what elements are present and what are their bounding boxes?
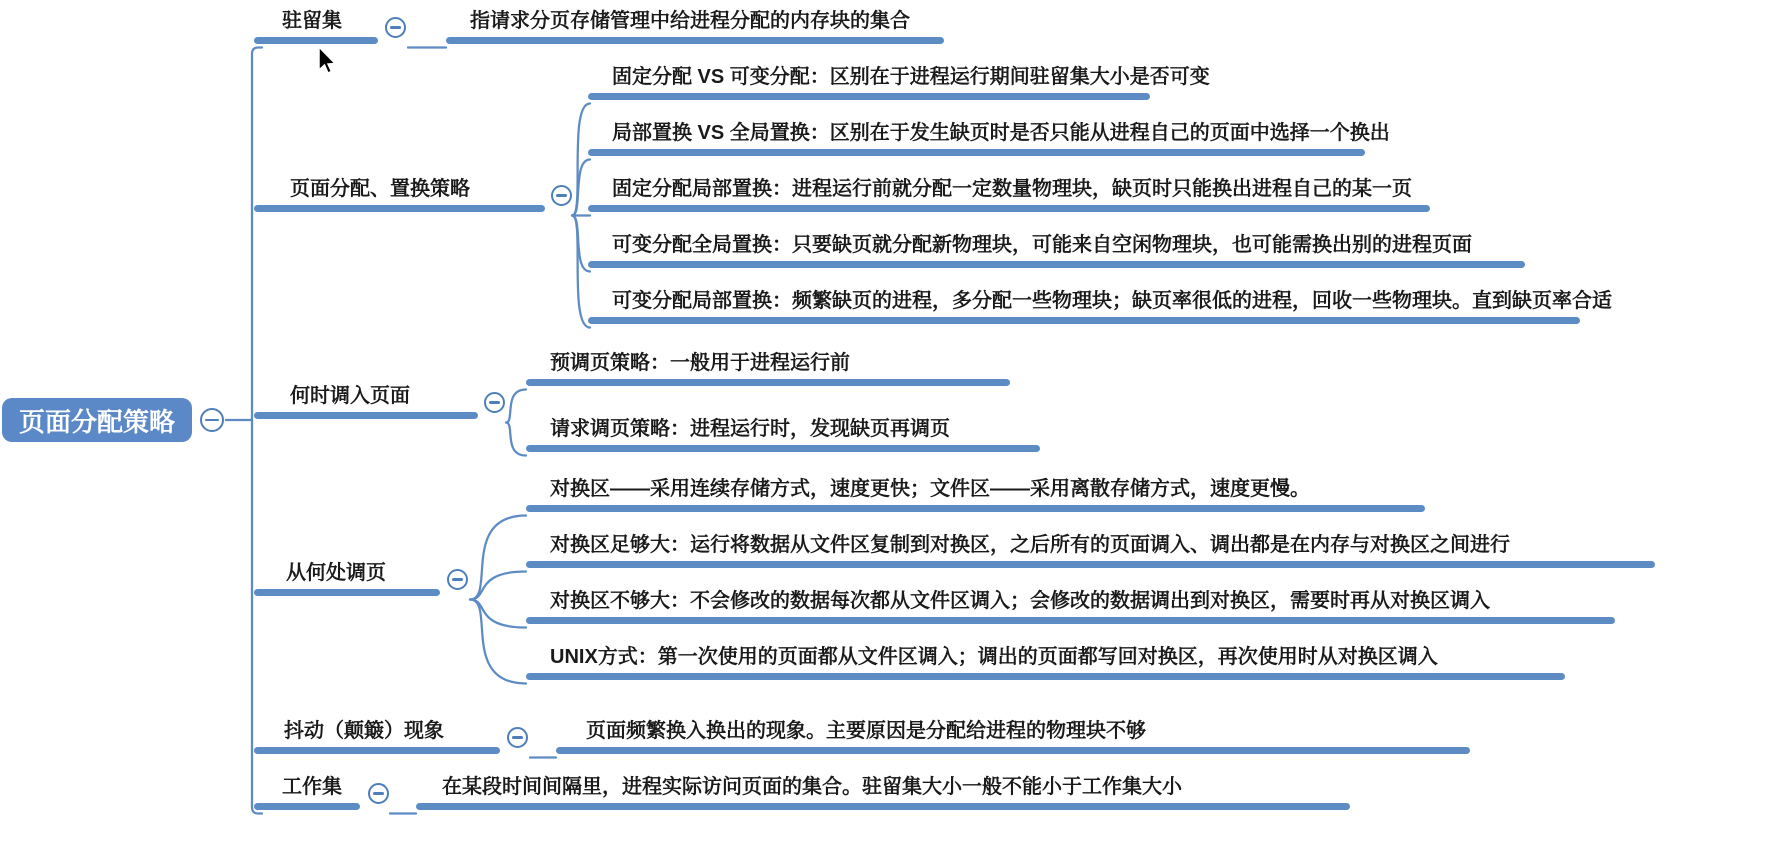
child-resident-set-definition[interactable]: 指请求分页存储管理中给进程分配的内存块的集合 bbox=[446, 8, 944, 44]
mindmap-canvas: 页面分配策略 驻留集 指请求分页存储管理中给进程分配的内存块的集合 页面分配、置… bbox=[0, 0, 1782, 860]
branch-line bbox=[526, 561, 1655, 568]
collapse-icon[interactable] bbox=[200, 408, 224, 432]
branch-label-resident-set[interactable]: 驻留集 bbox=[254, 8, 378, 44]
child-pre-paging[interactable]: 预调页策略：一般用于进程运行前 bbox=[526, 350, 1010, 386]
branch-line bbox=[588, 261, 1525, 268]
branch-label-thrashing[interactable]: 抖动（颠簸）现象 bbox=[254, 718, 500, 754]
branch-line bbox=[588, 205, 1430, 212]
collapse-icon[interactable] bbox=[447, 569, 468, 590]
collapse-icon[interactable] bbox=[385, 17, 406, 38]
child-fixed-vs-variable-alloc[interactable]: 固定分配 VS 可变分配：区别在于进程运行期间驻留集大小是否可变 bbox=[588, 64, 1150, 100]
branch-line bbox=[526, 505, 1425, 512]
branch-line bbox=[556, 747, 1470, 754]
root-node-page-allocation-strategy[interactable]: 页面分配策略 bbox=[2, 398, 192, 442]
branch-line bbox=[446, 37, 944, 44]
branch-line bbox=[254, 205, 545, 212]
collapse-icon[interactable] bbox=[484, 392, 505, 413]
branch-line bbox=[588, 149, 1365, 156]
collapse-icon[interactable] bbox=[551, 185, 572, 206]
collapse-icon[interactable] bbox=[507, 727, 528, 748]
child-working-set-definition[interactable]: 在某段时间间隔里，进程实际访问页面的集合。驻留集大小一般不能小于工作集大小 bbox=[416, 774, 1350, 810]
branch-line bbox=[526, 673, 1565, 680]
mouse-cursor bbox=[316, 46, 338, 76]
branch-line bbox=[526, 617, 1615, 624]
branch-line bbox=[588, 93, 1150, 100]
branch-line bbox=[254, 803, 360, 810]
child-swap-area-big-enough[interactable]: 对换区足够大：运行将数据从文件区复制到对换区，之后所有的页面调入、调出都是在内存… bbox=[526, 532, 1655, 568]
branch-line bbox=[254, 747, 500, 754]
root-label: 页面分配策略 bbox=[19, 402, 175, 439]
branch-line bbox=[526, 379, 1010, 386]
child-fixed-alloc-local-replace[interactable]: 固定分配局部置换：进程运行前就分配一定数量物理块，缺页时只能换出进程自己的某一页 bbox=[588, 176, 1430, 212]
branch-label-when-to-load[interactable]: 何时调入页面 bbox=[254, 383, 478, 419]
branch-line bbox=[588, 317, 1580, 324]
child-thrashing-definition[interactable]: 页面频繁换入换出的现象。主要原因是分配给进程的物理块不够 bbox=[556, 718, 1470, 754]
branch-line bbox=[526, 445, 1040, 452]
branch-label-where-to-load[interactable]: 从何处调页 bbox=[254, 560, 440, 596]
child-variable-alloc-global-replace[interactable]: 可变分配全局置换：只要缺页就分配新物理块，可能来自空闲物理块，也可能需换出别的进… bbox=[588, 232, 1525, 268]
child-unix-style[interactable]: UNIX方式：第一次使用的页面都从文件区调入；调出的页面都写回对换区，再次使用时… bbox=[526, 644, 1565, 680]
branch-line bbox=[254, 589, 440, 596]
child-demand-paging[interactable]: 请求调页策略：进程运行时，发现缺页再调页 bbox=[526, 416, 1040, 452]
branch-line bbox=[254, 412, 478, 419]
child-local-vs-global-replace[interactable]: 局部置换 VS 全局置换：区别在于发生缺页时是否只能从进程自己的页面中选择一个换… bbox=[588, 120, 1365, 156]
branch-label-working-set[interactable]: 工作集 bbox=[254, 774, 360, 810]
child-swap-area-vs-file-area[interactable]: 对换区——采用连续存储方式，速度更快；文件区——采用离散存储方式，速度更慢。 bbox=[526, 476, 1425, 512]
branch-line bbox=[254, 37, 378, 44]
child-variable-alloc-local-replace[interactable]: 可变分配局部置换：频繁缺页的进程，多分配一些物理块；缺页率很低的进程，回收一些物… bbox=[588, 288, 1580, 324]
branch-label-alloc-replace-policy[interactable]: 页面分配、置换策略 bbox=[254, 176, 545, 212]
child-swap-area-not-big-enough[interactable]: 对换区不够大：不会修改的数据每次都从文件区调入；会修改的数据调出到对换区，需要时… bbox=[526, 588, 1615, 624]
collapse-icon[interactable] bbox=[368, 783, 389, 804]
branch-line bbox=[416, 803, 1350, 810]
